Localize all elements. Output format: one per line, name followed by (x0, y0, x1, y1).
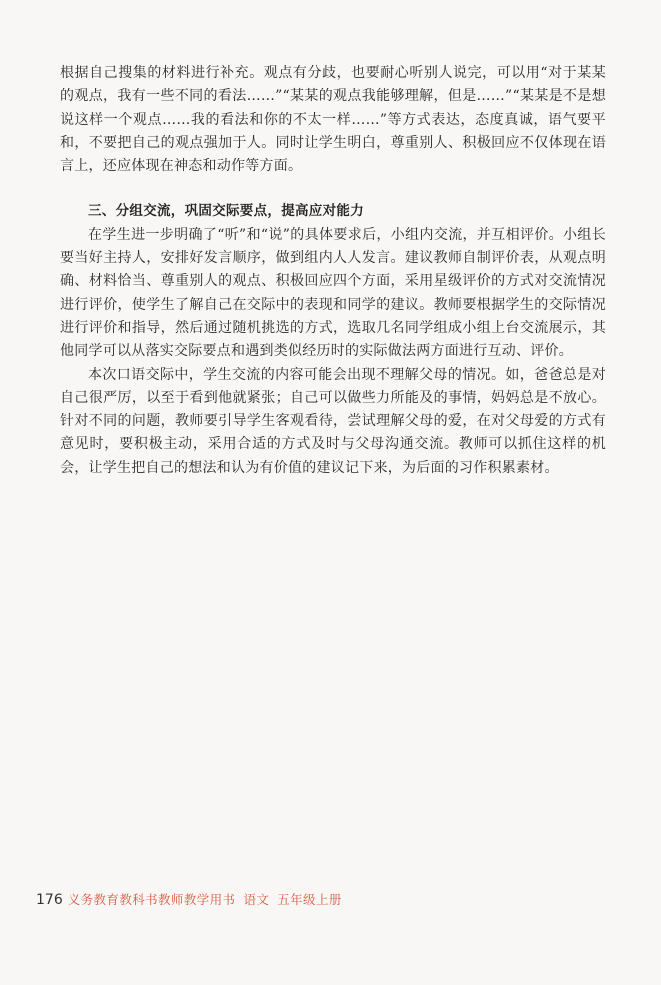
book-title: 义务教育教科书教师教学用书 (68, 892, 236, 907)
page-body: 根据自己搜集的材料进行补充。观点有分歧，也要耐心听别人说完，可以用“对于某某的观… (60, 62, 606, 480)
section-heading: 三、分组交流，巩固交际要点，提高应对能力 (60, 200, 606, 223)
page-number: 176 (36, 892, 63, 908)
paragraph-continued: 根据自己搜集的材料进行补充。观点有分歧，也要耐心听别人说完，可以用“对于某某的观… (60, 62, 606, 178)
running-title: 义务教育教科书教师教学用书语文五年级上册 (68, 890, 350, 908)
section-spacer (60, 178, 606, 200)
grade-label: 五年级上册 (277, 892, 342, 907)
paragraph: 本次口语交际中，学生交流的内容可能会出现不理解父母的情况。如，爸爸总是对自己很严… (60, 364, 606, 480)
document-page: 根据自己搜集的材料进行补充。观点有分歧，也要耐心听别人说完，可以用“对于某某的观… (0, 0, 661, 985)
subject-label: 语文 (243, 892, 269, 907)
paragraph: 在学生进一步明确了“听”和“说”的具体要求后，小组内交流，并互相评价。小组长要当… (60, 224, 606, 364)
page-footer: 176 义务教育教科书教师教学用书语文五年级上册 (36, 890, 350, 908)
